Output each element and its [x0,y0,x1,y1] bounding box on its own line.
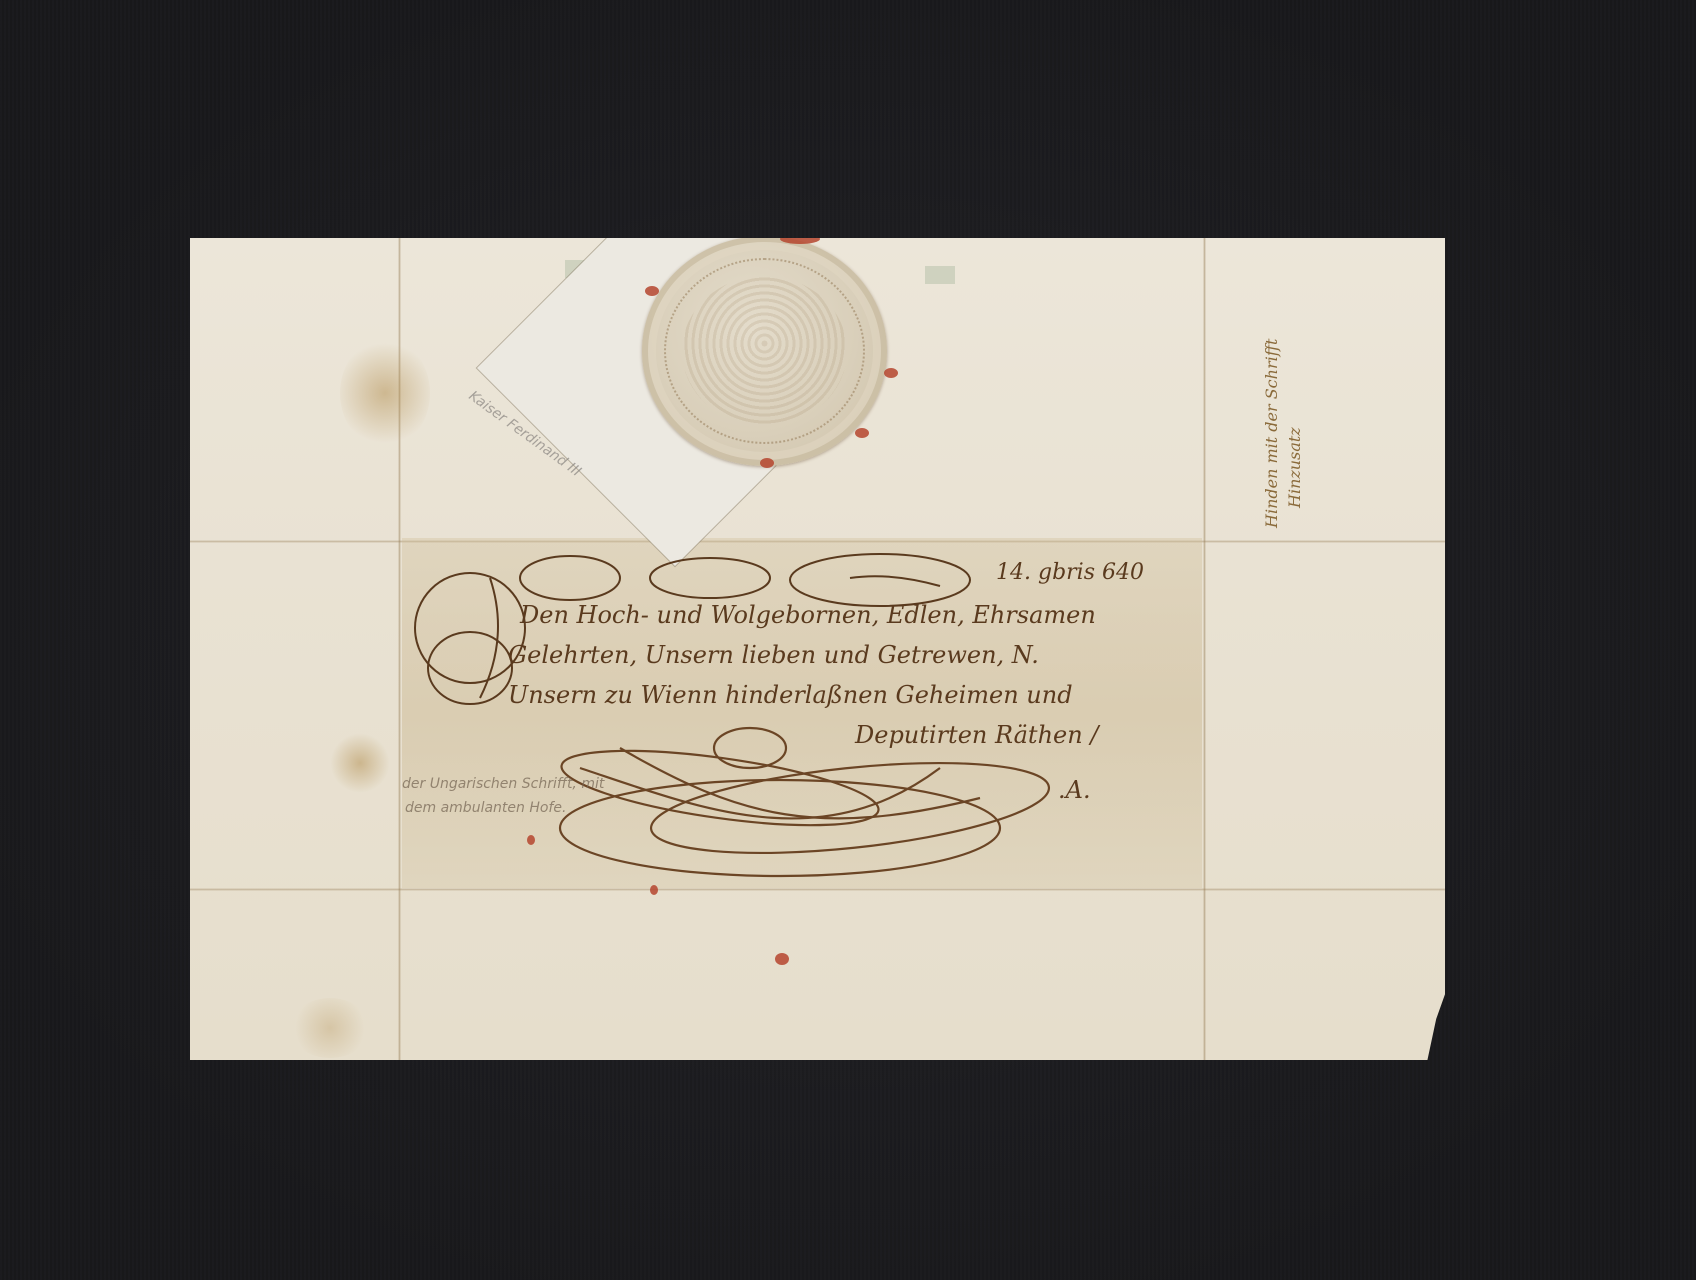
address-line-2: Gelehrten, Unsern lieben und Getrewen, N… [508,641,1039,669]
margin-note-line-2: Hinzusatz [1285,427,1304,508]
wax-drip [855,428,869,438]
tab-strip-right [925,266,955,284]
stain [290,998,370,1058]
date-text: 14. gbris 640 [996,560,1144,585]
flourish-lower-icon [520,728,1080,908]
wax-spot [775,953,789,965]
wax-seal [642,238,887,466]
wax-drip [884,368,898,378]
wax-spot [527,835,535,845]
stain [330,733,390,793]
margin-note-line-1: Hinden mit der Schrifft [1262,339,1281,528]
wax-spot [650,885,658,895]
pencil-note-lower-2: dem ambulanten Hofe. [405,800,566,816]
address-line-3: Unsern zu Wienn hinderlaßnen Geheimen un… [508,681,1073,709]
mark-a: .A. [1058,776,1091,804]
eagle-emblem-icon [682,276,847,426]
wax-drip [645,286,659,296]
letter-document: Kaiser Ferdinand III 14. gbris 640 Den H… [190,238,1445,1060]
wax-drip [760,458,774,468]
pencil-note-lower-1: der Ungarischen Schrifft, mit [402,776,604,792]
address-line-1: Den Hoch- und Wolgebornen, Edlen, Ehrsam… [520,601,1096,629]
